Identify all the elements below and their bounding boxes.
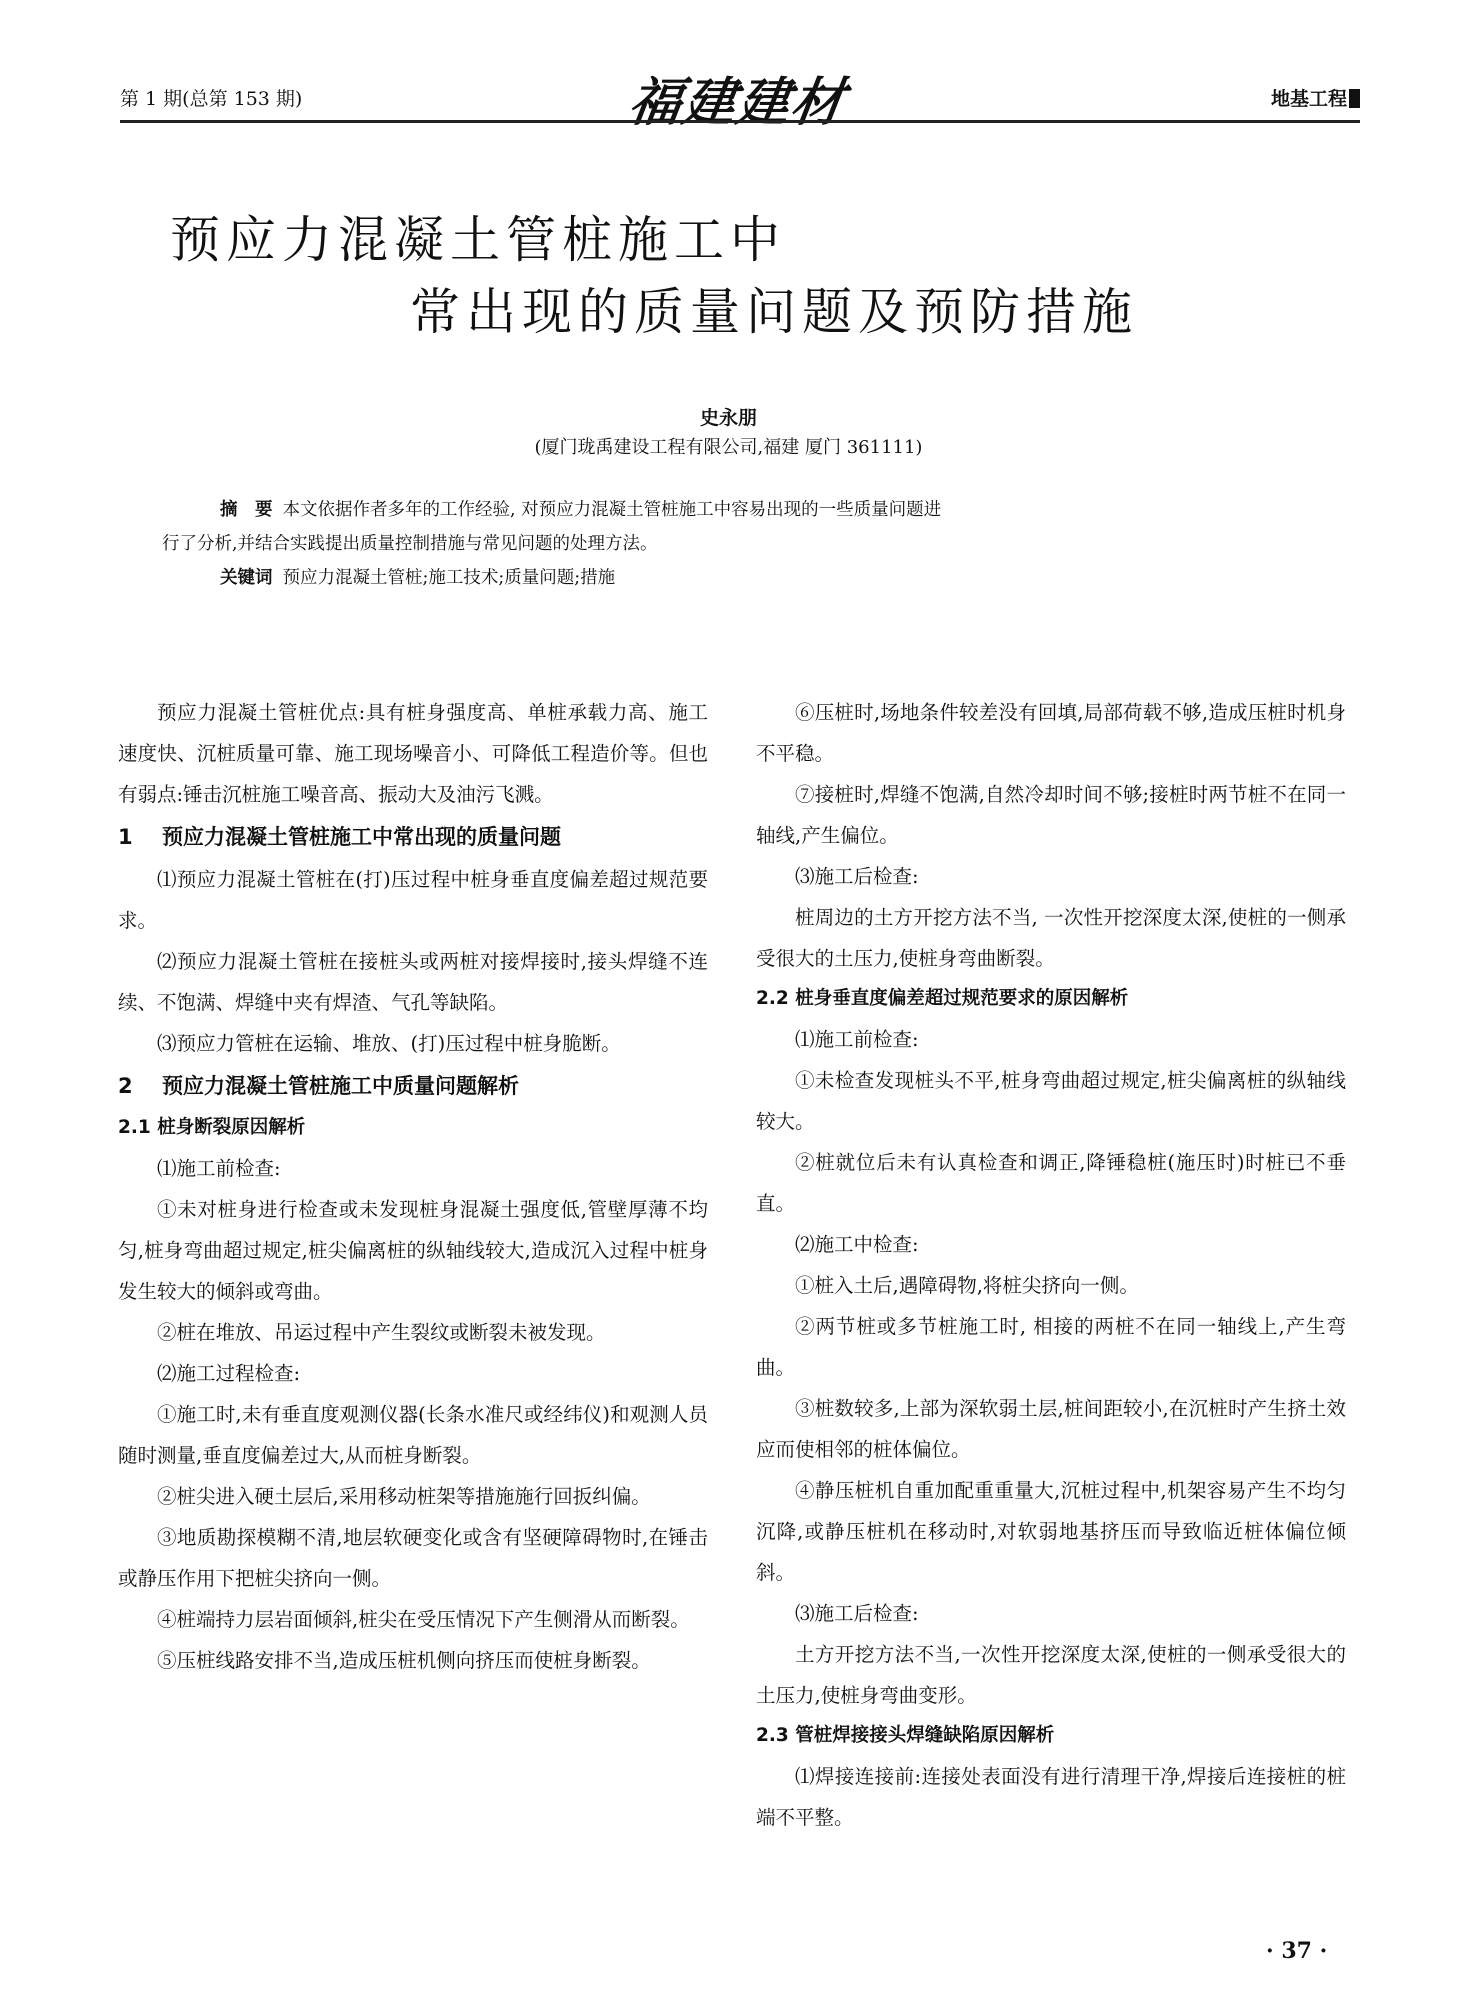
keywords-line: 关键词预应力混凝土管桩;施工技术;质量问题;措施: [162, 561, 1182, 595]
paragraph: ⑥压桩时,场地条件较差没有回填,局部荷载不够,造成压桩时机身不平稳。: [756, 692, 1346, 774]
section-label-text: 地基工程: [1271, 88, 1347, 110]
page-number: · 37 ·: [1266, 1938, 1327, 1964]
paragraph: ②桩在堆放、吊运过程中产生裂纹或断裂未被发现。: [118, 1312, 708, 1353]
section-marker-icon: [1349, 89, 1360, 108]
paragraph: 桩周边的土方开挖方法不当, 一次性开挖深度太深,使桩的一侧承受很大的土压力,使桩…: [756, 897, 1346, 979]
abstract-block: 摘 要本文依据作者多年的工作经验, 对预应力混凝土管桩施工中容易出现的一些质量问…: [162, 493, 1182, 595]
paragraph: ⑤压桩线路安排不当,造成压桩机侧向挤压而使桩身断裂。: [118, 1640, 708, 1681]
title-line-1: 预应力混凝土管桩施工中: [170, 211, 786, 269]
section-number: 2: [118, 1064, 162, 1108]
section-label: 地基工程: [1271, 84, 1360, 111]
paragraph: ①未检查发现桩头不平,桩身弯曲超过规定,桩尖偏离桩的纵轴线较大。: [756, 1060, 1346, 1142]
paragraph: ⑴施工前检查:: [756, 1019, 1346, 1060]
paragraph: ④桩端持力层岩面倾斜,桩尖在受压情况下产生侧滑从而断裂。: [118, 1599, 708, 1640]
paragraph: ①未对桩身进行检查或未发现桩身混凝土强度低,管壁厚薄不均匀,桩身弯曲超过规定,桩…: [118, 1189, 708, 1312]
paragraph: ①桩入土后,遇障碍物,将桩尖挤向一侧。: [756, 1265, 1346, 1306]
paragraph: ②桩尖进入硬土层后,采用移动桩架等措施施行回扳纠偏。: [118, 1476, 708, 1517]
paragraph: 土方开挖方法不当,一次性开挖深度太深,使桩的一侧承受很大的土压力,使桩身弯曲变形…: [756, 1634, 1346, 1716]
paragraph: ⑵施工中检查:: [756, 1224, 1346, 1265]
paragraph: ⑴焊接连接前:连接处表面没有进行清理干净,焊接后连接桩的桩端不平整。: [756, 1756, 1346, 1838]
author: 史永朋: [0, 403, 1457, 430]
section-heading-text: 预应力混凝土管桩施工中常出现的质量问题: [162, 825, 561, 849]
section-number: 1: [118, 815, 162, 859]
paragraph: ④静压桩机自重加配重重量大,沉桩过程中,机架容易产生不均匀沉降,或静压桩机在移动…: [756, 1470, 1346, 1593]
left-column: 预应力混凝土管桩优点:具有桩身强度高、单桩承载力高、施工速度快、沉桩质量可靠、施…: [118, 692, 708, 1681]
paragraph: ⑴施工前检查:: [118, 1148, 708, 1189]
section-heading-text: 预应力混凝土管桩施工中质量问题解析: [162, 1074, 519, 1098]
right-column: ⑥压桩时,场地条件较差没有回填,局部荷载不够,造成压桩时机身不平稳。 ⑦接桩时,…: [756, 692, 1346, 1838]
paragraph: ②桩就位后未有认真检查和调正,降锤稳桩(施压时)时桩已不垂直。: [756, 1142, 1346, 1224]
abstract-line-1: 摘 要本文依据作者多年的工作经验, 对预应力混凝土管桩施工中容易出现的一些质量问…: [162, 493, 1182, 527]
paragraph: ⑦接桩时,焊缝不饱满,自然冷却时间不够;接桩时两节桩不在同一轴线,产生偏位。: [756, 774, 1346, 856]
abstract-label: 摘 要: [220, 500, 273, 520]
paragraph: ⑶预应力管桩在运输、堆放、(打)压过程中桩身脆断。: [118, 1023, 708, 1064]
paragraph: 预应力混凝土管桩优点:具有桩身强度高、单桩承载力高、施工速度快、沉桩质量可靠、施…: [118, 692, 708, 815]
subsection-heading-2-3: 2.3 管桩焊接接头焊缝缺陷原因解析: [756, 1716, 1346, 1756]
journal-logo: 福建建材: [625, 60, 852, 135]
paragraph: ③地质勘探模糊不清,地层软硬变化或含有坚硬障碍物时,在锤击或静压作用下把桩尖挤向…: [118, 1517, 708, 1599]
abstract-text-2: 行了分析,并结合实践提出质量控制措施与常见问题的处理方法。: [162, 527, 1182, 561]
paragraph: ⑶施工后检查:: [756, 856, 1346, 897]
paragraph: ⑴预应力混凝土管桩在(打)压过程中桩身垂直度偏差超过规范要求。: [118, 859, 708, 941]
issue-number: 第 1 期(总第 153 期): [120, 84, 302, 111]
paragraph: ⑵预应力混凝土管桩在接桩头或两桩对接焊接时,接头焊缝不连续、不饱满、焊缝中夹有焊…: [118, 941, 708, 1023]
subsection-heading-2-1: 2.1 桩身断裂原因解析: [118, 1108, 708, 1148]
title-line-2: 常出现的质量问题及预防措施: [410, 287, 1138, 337]
running-header: 第 1 期(总第 153 期) 福建建材 地基工程: [120, 60, 1360, 122]
section-heading-2: 2预应力混凝土管桩施工中质量问题解析: [118, 1064, 708, 1108]
paragraph: ⑵施工过程检查:: [118, 1353, 708, 1394]
header-rule: [120, 120, 1360, 123]
article-title: 预应力混凝土管桩施工中 常出现的质量问题及预防措施: [170, 215, 1138, 337]
abstract-text-1: 本文依据作者多年的工作经验, 对预应力混凝土管桩施工中容易出现的一些质量问题进: [283, 500, 942, 520]
paragraph: ②两节桩或多节桩施工时, 相接的两桩不在同一轴线上,产生弯曲。: [756, 1306, 1346, 1388]
affiliation: (厦门珑禹建设工程有限公司,福建 厦门 361111): [0, 433, 1457, 459]
keywords-label: 关键词: [220, 568, 273, 588]
paragraph: ⑶施工后检查:: [756, 1593, 1346, 1634]
section-heading-1: 1预应力混凝土管桩施工中常出现的质量问题: [118, 815, 708, 859]
keywords-text: 预应力混凝土管桩;施工技术;质量问题;措施: [283, 568, 616, 588]
paragraph: ①施工时,未有垂直度观测仪器(长条水准尺或经纬仪)和观测人员随时测量,垂直度偏差…: [118, 1394, 708, 1476]
subsection-heading-2-2: 2.2 桩身垂直度偏差超过规范要求的原因解析: [756, 979, 1346, 1019]
paragraph: ③桩数较多,上部为深软弱土层,桩间距较小,在沉桩时产生挤土效应而使相邻的桩体偏位…: [756, 1388, 1346, 1470]
